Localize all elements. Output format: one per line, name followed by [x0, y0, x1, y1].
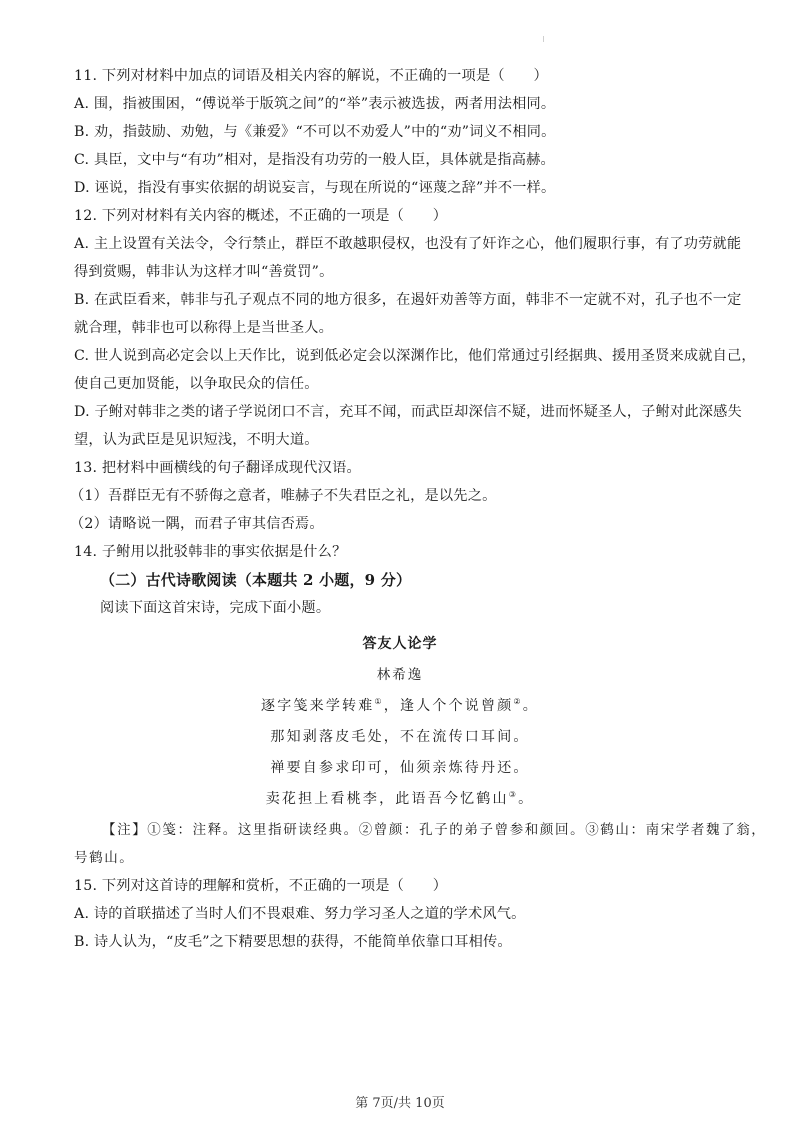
poem-line-4: 卖花担上看桃李，此语吾今忆鹤山③。: [0, 789, 800, 809]
question-12-option-b-line2: 就合理，韩非也可以称得上是当世圣人。: [74, 318, 730, 338]
question-11-option-c: C. 具臣，文中与“有功”相对，是指没有功劳的一般人臣，具体就是指高赫。: [74, 150, 730, 170]
poem-line-2: 那知剥落皮毛处，不在流传口耳间。: [0, 727, 800, 747]
poem-note-line-2: 号鹤山。: [74, 848, 730, 868]
question-11-option-a: A. 围，指被围困，“傅说举于版筑之间”的“举”表示被选拔，两者用法相同。: [74, 94, 730, 114]
poem-line-4-rest: 。: [518, 791, 534, 807]
question-13-item-2: （2）请略说一隅，而君子审其信否焉。: [70, 514, 726, 534]
question-11-stem: 11. 下列对材料中加点的词语及相关内容的解说，不正确的一项是（ ）: [74, 66, 730, 86]
question-15-option-a: A. 诗的首联描述了当时人们不畏艰难、努力学习圣人之道的学术风气。: [74, 904, 730, 924]
question-12-option-a-line1: A. 主上设置有关法令，令行禁止，群臣不敢越职侵权，也没有了奸诈之心，他们履职行…: [74, 234, 730, 254]
poem-line-1-end: 。: [523, 698, 539, 714]
question-12-option-d-line1: D. 子鲋对韩非之类的诸子学说闭口不言，充耳不闻，而武臣却深信不疑，进而怀疑圣人…: [74, 402, 730, 422]
question-12-option-c-line1: C. 世人说到高必定会以上天作比，说到低必定会以深渊作比，他们常通过引经据典、援…: [74, 346, 730, 366]
question-12-option-b-line1: B. 在武臣看来，韩非与孔子观点不同的地方很多，在遏奸劝善等方面，韩非不一定就不…: [74, 290, 730, 310]
poem-line-1-rest: ，逢人个个说曾颜: [384, 698, 514, 714]
poem-title: 答友人论学: [0, 634, 800, 654]
poem-line-3: 禅要自参求印可，仙须亲炼待丹还。: [0, 758, 800, 778]
footnote-marker-3: ③: [509, 790, 518, 799]
question-13-item-1: （1）吾群臣无有不骄侮之意者，唯赫子不失君臣之礼，是以先之。: [70, 486, 726, 506]
question-12-option-d-line2: 望，认为武臣是见识短浅，不明大道。: [74, 430, 730, 450]
section-title: （二）古代诗歌阅读（本题共 2 小题，9 分）: [100, 570, 756, 590]
question-15-option-b: B. 诗人认为，“皮毛”之下精要思想的获得，不能简单依靠口耳相传。: [74, 932, 730, 952]
footnote-marker-1: ①: [374, 697, 383, 706]
page-number: 第 7页/共 10页: [0, 1092, 800, 1111]
question-11-option-d: D. 诬说，指没有事实依据的胡说妄言，与现在所说的“诬蔑之辞”并不一样。: [74, 178, 730, 198]
question-14-stem: 14. 子鲋用以批驳韩非的事实依据是什么？: [74, 542, 730, 562]
question-15-stem: 15. 下列对这首诗的理解和赏析，不正确的一项是（ ）: [74, 876, 730, 896]
question-12-option-c-line2: 使自己更加贤能，以争取民众的信任。: [74, 374, 730, 394]
poem-line-1-text: 逐字笺来学转难: [261, 698, 374, 714]
poem-line-4-text: 卖花担上看桃李，此语吾今忆鹤山: [266, 791, 509, 807]
exam-page: 11. 下列对材料中加点的词语及相关内容的解说，不正确的一项是（ ） A. 围，…: [0, 0, 800, 1132]
question-12-stem: 12. 下列对材料有关内容的概述，不正确的一项是（ ）: [74, 206, 730, 226]
poem-note-line-1: 【注】①笺：注释。这里指研读经典。②曾颜：孔子的弟子曾参和颜回。③鹤山：南宋学者…: [102, 820, 758, 840]
question-13-stem: 13. 把材料中画横线的句子翻译成现代汉语。: [74, 458, 730, 478]
question-11-option-b: B. 劝，指鼓励、劝勉，与《兼爱》“不可以不劝爱人”中的“劝”词义不相同。: [74, 122, 730, 142]
poem-author: 林希逸: [0, 665, 800, 685]
section-intro: 阅读下面这首宋诗，完成下面小题。: [100, 598, 756, 618]
poem-line-1: 逐字笺来学转难①，逢人个个说曾颜②。: [0, 696, 800, 716]
footnote-marker-2: ②: [513, 697, 522, 706]
scan-mark: [543, 36, 544, 42]
question-12-option-a-line2: 得到赏赐，韩非认为这样才叫“善赏罚”。: [74, 262, 730, 282]
